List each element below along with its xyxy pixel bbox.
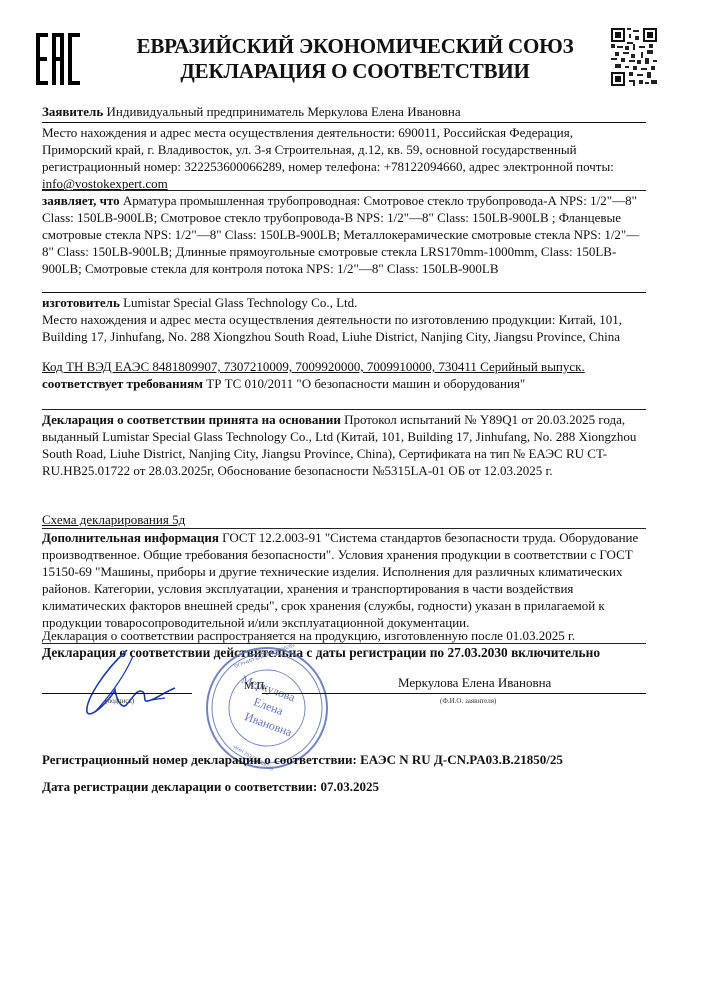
signature-caption: (подпись) [105, 697, 134, 705]
qr-code-icon[interactable] [611, 28, 657, 86]
basis-section: Декларация о соответствии принята на осн… [42, 411, 646, 479]
stamp-place-label: М.П. [244, 680, 267, 692]
divider [42, 122, 646, 123]
additional-info-section: Дополнительная информация ГОСТ 12.2.003-… [42, 529, 646, 631]
title-declaration: ДЕКЛАРАЦИЯ О СООТВЕТСТВИИ [120, 59, 590, 84]
manufacturer-label: изготовитель [42, 295, 120, 310]
document-title: ЕВРАЗИЙСКИЙ ЭКОНОМИЧЕСКИЙ СОЮЗ ДЕКЛАРАЦИ… [120, 34, 590, 84]
name-caption: (Ф.И.О. заявителя) [440, 697, 496, 705]
divider [42, 409, 646, 410]
registration-date: 07.03.2025 [320, 779, 379, 794]
applicant-address: Место нахождения и адрес места осуществл… [42, 124, 646, 192]
applicant-address-text: Место нахождения и адрес места осуществл… [42, 125, 614, 174]
manufacturer-address: Место нахождения и адрес места осуществл… [42, 311, 646, 345]
applicant-email-link[interactable]: info@vostokexpert.com [42, 176, 168, 191]
manufacturer-value: Lumistar Special Glass Technology Co., L… [123, 295, 357, 310]
declares-text: Арматура промышленная трубопроводная: См… [42, 193, 639, 276]
manufacturer-row: изготовитель Lumistar Special Glass Tech… [42, 294, 646, 311]
name-line [262, 693, 646, 694]
declaration-scheme: Схема декларирования 5д [42, 511, 646, 528]
applicant-label: Заявитель [42, 104, 103, 119]
registration-number-row: Регистрационный номер декларации о соотв… [42, 752, 563, 768]
additional-info-label: Дополнительная информация [42, 530, 219, 545]
signature-line [42, 693, 192, 694]
applicant-full-name: Меркулова Елена Ивановна [398, 675, 551, 691]
divider [42, 292, 646, 293]
registration-number: ЕАЭС N RU Д-CN.PA03.B.21850/25 [360, 752, 563, 767]
divider [42, 190, 646, 191]
basis-label: Декларация о соответствии принята на осн… [42, 412, 341, 427]
declares-label: заявляет, что [42, 193, 120, 208]
signature-icon [65, 640, 205, 720]
title-union: ЕВРАЗИЙСКИЙ ЭКОНОМИЧЕСКИЙ СОЮЗ [120, 34, 590, 59]
applicant-row: Заявитель Индивидуальный предприниматель… [42, 103, 646, 120]
additional-info-text: ГОСТ 12.2.003-91 "Система стандартов без… [42, 530, 638, 630]
registration-number-label: Регистрационный номер декларации о соотв… [42, 752, 357, 767]
declaration-page: ЕВРАЗИЙСКИЙ ЭКОНОМИЧЕСКИЙ СОЮЗ ДЕКЛАРАЦИ… [0, 0, 707, 1000]
hs-code: Код ТН ВЭД ЕАЭС 8481809907, 7307210009, … [42, 358, 646, 375]
registration-date-row: Дата регистрации декларации о соответств… [42, 779, 379, 795]
registration-date-label: Дата регистрации декларации о соответств… [42, 779, 317, 794]
eac-logo-icon [36, 33, 80, 85]
complies-label: соответствует требованиям [42, 376, 203, 391]
declares-section: заявляет, что Арматура промышленная труб… [42, 192, 646, 277]
applicant-value: Индивидуальный предприниматель Меркулова… [106, 104, 460, 119]
complies-row: соответствует требованиям ТР ТС 010/2011… [42, 375, 646, 392]
complies-value: ТР ТС 010/2011 "О безопасности машин и о… [206, 376, 525, 391]
